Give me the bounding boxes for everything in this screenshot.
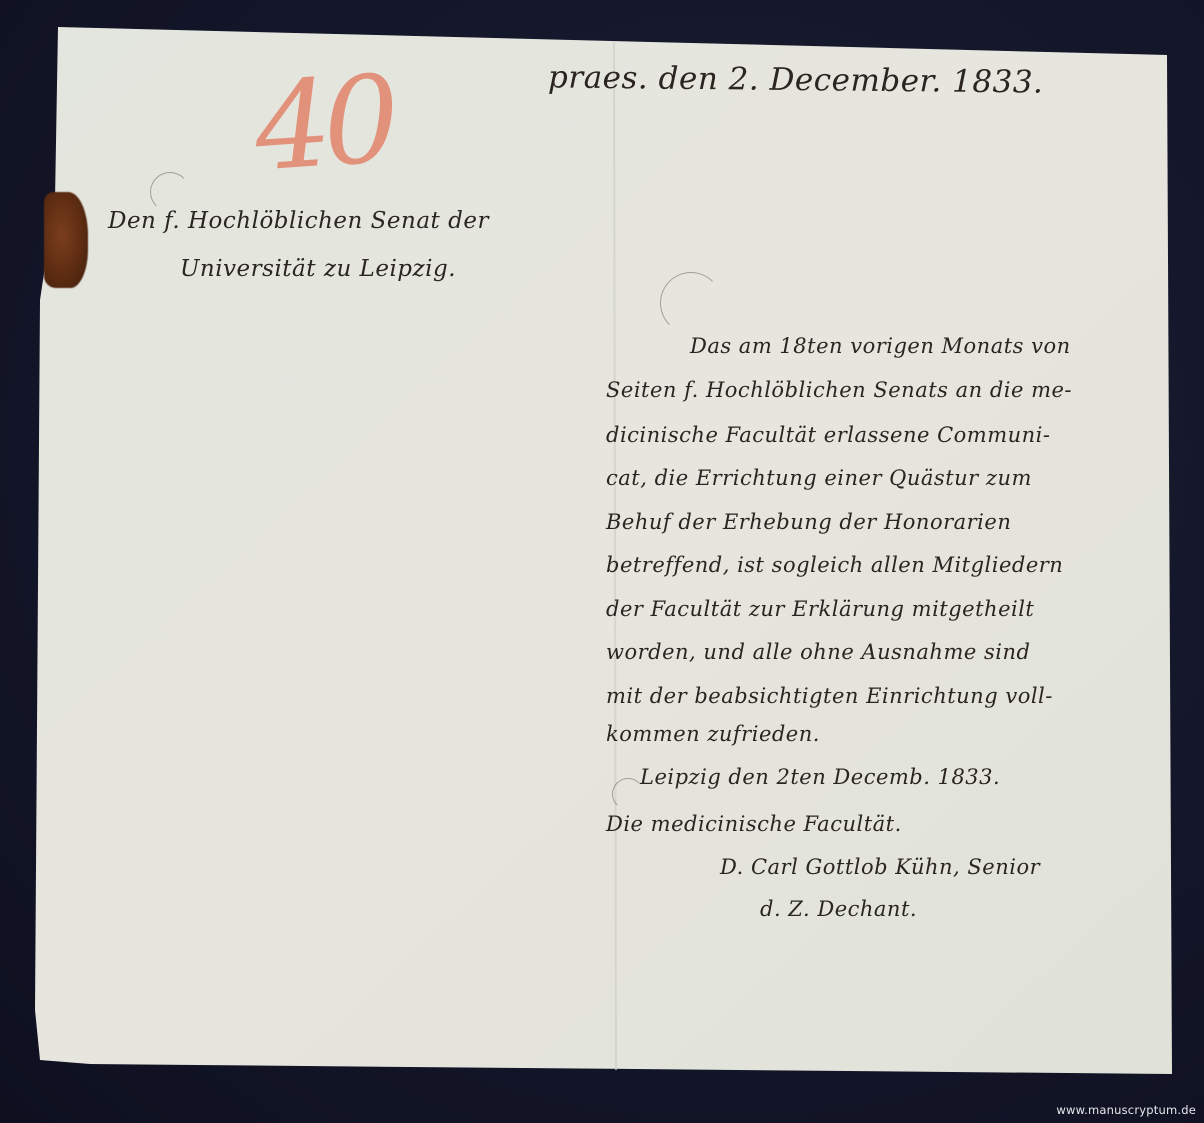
body-line: cat, die Errichtung einer Quästur zum [606,466,1032,490]
red-pencil-numeral: 40 [250,50,396,198]
body-line: Das am 18ten vorigen Monats von [690,334,1071,358]
body-line: der Facultät zur Erklärung mitgetheilt [606,597,1034,621]
body-line: Behuf der Erhebung der Honorarien [606,510,1011,534]
body-line: mit der beabsichtigten Einrichtung voll- [606,684,1053,708]
place-date-line: Leipzig den 2ten Decemb. 1833. [640,765,1000,789]
watermark-url: www.manuscryptum.de [1056,1103,1196,1117]
body-line: kommen zufrieden. [606,722,820,746]
wax-seal [44,192,88,288]
body-line: dicinische Facultät erlassene Communi- [606,423,1051,447]
signature-line-1: D. Carl Gottlob Kühn, Senior [720,855,1040,879]
address-line-2: Universität zu Leipzig. [180,256,456,282]
manuscript-page: 40 praes. den 2. December. 1833. Den f. … [0,0,1204,1123]
flourish-decoration [150,172,190,212]
flourish-decoration [660,272,722,334]
received-date-header: praes. den 2. December. 1833. [548,59,1044,100]
address-line-1: Den f. Hochlöblichen Senat der [108,208,489,234]
body-line: betreffend, ist sogleich allen Mitgliede… [606,553,1063,577]
sender-line: Die medicinische Facultät. [606,812,902,836]
body-line: worden, und alle ohne Ausnahme sind [606,640,1030,664]
signature-line-2: d. Z. Dechant. [760,897,917,921]
body-line: Seiten f. Hochlöblichen Senats an die me… [606,378,1072,402]
